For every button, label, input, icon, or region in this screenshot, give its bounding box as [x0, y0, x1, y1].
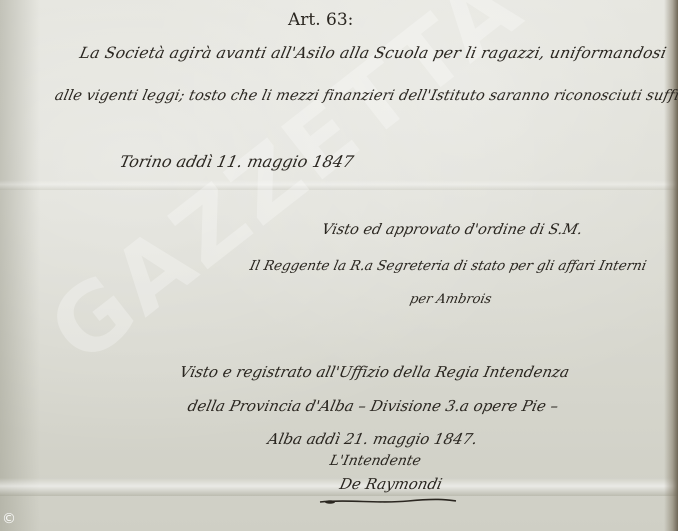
place-date-torino: Torino addì 11. maggio 1847	[118, 152, 355, 171]
document-page: GAZZETTA D'ALBA Art. 63: La Società agir…	[0, 0, 678, 531]
copyright-icon: ©	[2, 511, 16, 527]
registration-date: Alba addì 21. maggio 1847.	[266, 430, 479, 448]
page-right-edge	[664, 0, 678, 531]
left-shadow	[0, 0, 40, 531]
approval-signer: per Ambrois	[408, 292, 492, 307]
body-line-2: alle vigenti leggi; tosto che li mezzi f…	[53, 88, 678, 104]
article-title: Art. 63:	[288, 10, 353, 30]
registration-role: L'Intendente	[328, 453, 422, 469]
approval-line: Visto ed approvato d'ordine di S.M.	[320, 222, 584, 238]
registration-line-1: Visto e registrato all'Uffizio della Reg…	[178, 363, 571, 381]
signature: De Raymondi	[338, 475, 444, 493]
body-line-1: La Società agirà avanti all'Asilo alla S…	[78, 44, 668, 62]
approval-office: Il Reggente la R.a Segreteria di stato p…	[248, 258, 648, 274]
registration-line-2: della Provincia d'Alba – Divisione 3.a o…	[186, 397, 560, 415]
signature-flourish-icon	[318, 498, 458, 504]
